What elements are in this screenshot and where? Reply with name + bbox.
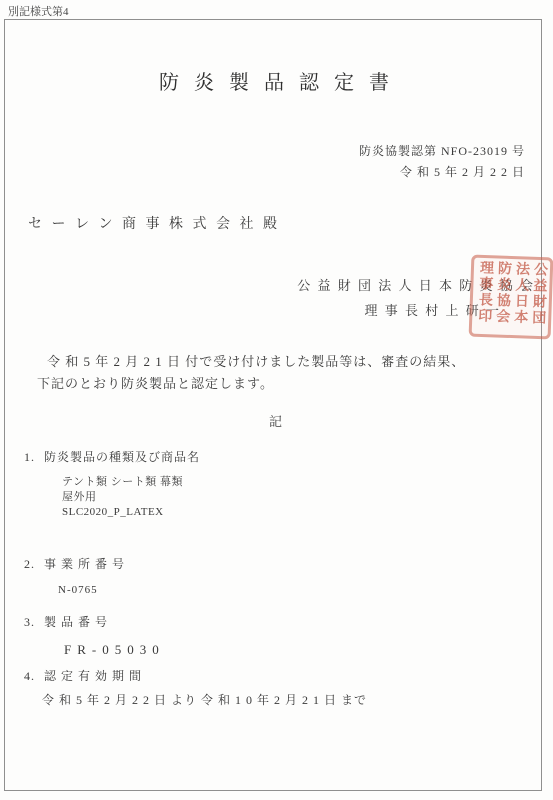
record-heading: 記 (0, 411, 553, 430)
item-3-label: 製 品 番 号 (44, 615, 108, 629)
item-2-heading: 2.事 業 所 番 号 (24, 555, 125, 572)
item-1-heading: 1.防炎製品の種類及び商品名 (24, 448, 200, 465)
certification-number-line: 防炎協製認第 NFO-23019 号 (359, 141, 525, 162)
body-paragraph-line-2: 下記のとおり防炎製品と認定します。 (37, 373, 274, 392)
addressee-line: セ ー レ ン 商 事 株 式 会 社 殿 (28, 213, 280, 233)
item-4-label: 認 定 有 効 期 間 (44, 669, 142, 683)
seal-column-3: 防炎協会 (493, 260, 512, 333)
item-2-value-office-number: N-0765 (58, 584, 98, 596)
item-1-value-product-types: テント類 シート類 幕類 (62, 475, 183, 490)
item-4-heading: 4.認 定 有 効 期 間 (24, 667, 142, 684)
form-number-label: 別記様式第4 (8, 3, 69, 19)
certification-date-line: 令 和 5 年 2 月 2 2 日 (359, 162, 525, 183)
seal-column-1: 公益財団 (529, 262, 548, 335)
item-4-value-validity-period: 令 和 5 年 2 月 2 2 日 より 令 和 1 0 年 2 月 2 1 日… (42, 691, 367, 708)
item-1-label: 防炎製品の種類及び商品名 (44, 450, 200, 464)
official-seal-stamp: 公益財団 法人日本 防炎協会 理事長印 (469, 255, 553, 340)
item-4-number: 4. (24, 669, 35, 683)
item-3-value-product-number: FR-05030 (64, 642, 165, 658)
body-paragraph-line-1: 令 和 5 年 2 月 2 1 日 付で受け付けました製品等は、審査の結果、 (47, 351, 465, 370)
document-page: 別記様式第4 防 炎 製 品 認 定 書 防炎協製認第 NFO-23019 号 … (0, 0, 553, 800)
item-1-values: テント類 シート類 幕類 屋外用 SLC2020_P_LATEX (62, 475, 183, 520)
item-2-number: 2. (24, 557, 35, 571)
seal-column-2: 法人日本 (511, 261, 530, 334)
item-1-value-usage: 屋外用 (62, 490, 183, 505)
seal-column-4: 理事長印 (475, 260, 494, 333)
item-3-heading: 3.製 品 番 号 (24, 613, 108, 630)
document-title: 防 炎 製 品 認 定 書 (0, 66, 553, 95)
item-1-number: 1. (24, 450, 35, 464)
item-2-label: 事 業 所 番 号 (44, 557, 125, 571)
certification-header: 防炎協製認第 NFO-23019 号 令 和 5 年 2 月 2 2 日 (359, 141, 525, 183)
item-3-number: 3. (24, 615, 35, 629)
item-1-value-product-name: SLC2020_P_LATEX (62, 505, 183, 520)
